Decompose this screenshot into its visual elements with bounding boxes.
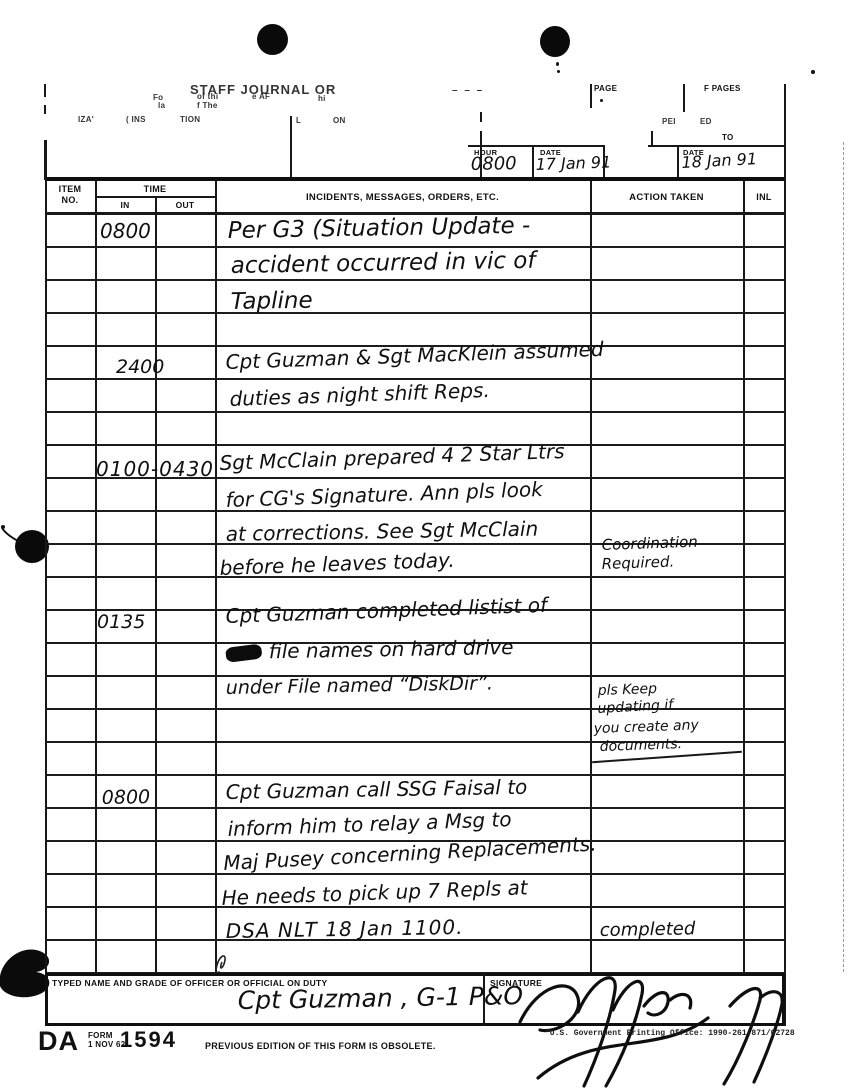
signature-scrawl (498, 960, 848, 1088)
border-line (603, 147, 605, 180)
ink-scratch (0, 524, 26, 550)
border-line (480, 112, 482, 122)
border-line (648, 145, 784, 147)
item-no-column-header: ITEM (45, 184, 95, 194)
punch-hole-left (257, 24, 288, 55)
border-line (468, 145, 605, 147)
entry-text-line: Tapline (231, 288, 313, 315)
ink-smudge (208, 948, 238, 976)
ink-speck (600, 99, 603, 102)
scan-edge-dashed-line (843, 142, 844, 972)
scribbled-out-word (225, 644, 263, 663)
incidents-column-header: INCIDENTS, MESSAGES, ORDERS, ETC. (215, 192, 590, 203)
entry-time-in: 0100-0430 (96, 457, 214, 481)
location-label-fragment: ON (333, 116, 346, 125)
border-line (480, 131, 482, 180)
location-label-fragment: L (296, 116, 301, 125)
inl-column-header: INL (743, 192, 785, 202)
time-column-header: TIME (95, 184, 215, 194)
entry-text-line: Per G3 (Situation Update - (228, 213, 531, 244)
to-label: TO (722, 133, 734, 142)
form-subtitle-fragment: hi (318, 94, 326, 103)
item-no-column-header: NO. (45, 195, 95, 205)
form-subtitle-fragment: e AF (252, 92, 270, 101)
obsolete-note: PREVIOUS EDITION OF THIS FORM IS OBSOLET… (205, 1041, 436, 1051)
form-da-prefix: DA (38, 1026, 79, 1057)
entry-text-line: under File named “DiskDir”. (226, 672, 493, 699)
period-covered-label-fragment: ED (700, 117, 712, 126)
entry-text-line: DSA NLT 18 Jan 1100. (226, 915, 464, 943)
table-top-border (45, 177, 786, 181)
typed-name-value: Cpt Guzman , G-1 P&O (237, 981, 523, 1015)
ink-speck (556, 62, 559, 66)
ink-speck (811, 70, 815, 74)
border-line (532, 147, 534, 180)
of-pages-label: F PAGES (704, 84, 741, 93)
organization-label-fragment: IZA' (78, 115, 94, 124)
border-line (677, 147, 679, 180)
form-subtitle-fragment: f The (197, 101, 218, 110)
form-subtitle-fragment: la (158, 101, 165, 110)
period-covered-label-fragment: PEI (662, 117, 676, 126)
action-taken-note: Required. (601, 552, 674, 573)
hour-value: 0800 (471, 153, 517, 175)
border-line (44, 105, 46, 114)
organization-label-fragment: TION (180, 115, 200, 124)
form-subtitle-fragment: of thi (197, 92, 218, 101)
action-taken-note: documents. (599, 736, 682, 755)
action-taken-column-header: ACTION TAKEN (590, 192, 743, 203)
gpo-print-note: *U.S. Government Printing Office: 1990-2… (545, 1029, 795, 1038)
scan-dashes: – – – (452, 85, 484, 96)
entry-time-in: 0135 (97, 611, 145, 633)
action-taken-note: completed (600, 918, 696, 941)
border-line (44, 84, 46, 97)
punch-hole-right (540, 26, 570, 57)
scanned-da-form-1594-page: STAFF JOURNAL OR Fo of thi e AF hi la f … (0, 0, 848, 1088)
entry-text-line: accident occurred in vic of (231, 248, 536, 279)
action-taken-note: Coordination (601, 533, 698, 554)
entry-time-in: 0800 (102, 786, 151, 809)
entry-text-line-with-scribble: file names on hard drive (226, 635, 514, 664)
entry-time-in: 0800 (100, 219, 151, 243)
border-line (784, 84, 786, 141)
border-line (683, 84, 685, 112)
organization-label-fragment: ( INS (126, 115, 146, 124)
form-number: 1594 (120, 1027, 177, 1053)
to-date-value: 18 Jan 91 (681, 149, 757, 172)
time-out-column-header: OUT (155, 200, 215, 210)
entry-text-line: file names on hard drive (269, 635, 514, 663)
action-taken-note: pls Keep (597, 681, 657, 699)
form-word: FORM (88, 1031, 113, 1040)
time-in-column-header: IN (95, 200, 155, 210)
border-line (290, 116, 292, 180)
border-line (590, 84, 592, 108)
ink-speck (557, 70, 560, 73)
from-date-value: 17 Jan 91 (535, 152, 611, 174)
page-label: PAGE (594, 84, 617, 93)
entry-time-in: 2400 (116, 356, 164, 378)
